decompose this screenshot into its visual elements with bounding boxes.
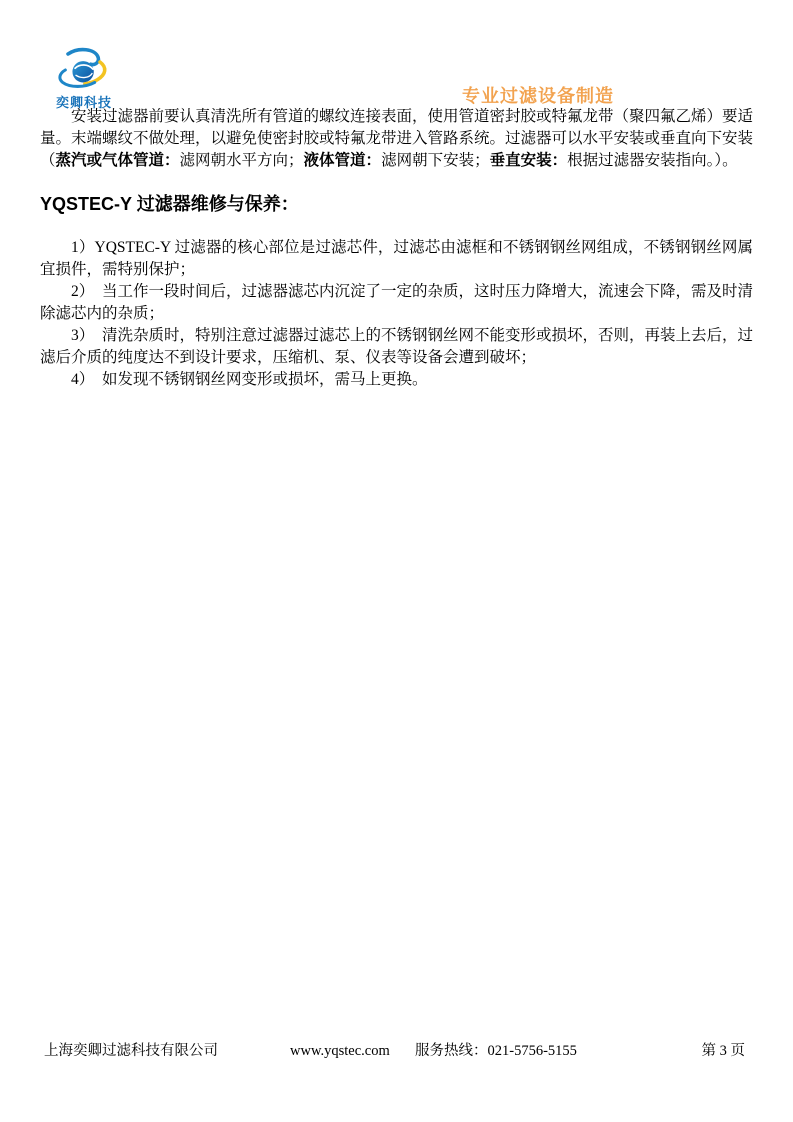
section-title: YQSTEC-Y 过滤器维修与保养： <box>40 192 753 216</box>
maintenance-item-1: 1）YQSTEC-Y 过滤器的核心部位是过滤芯件，过滤芯由滤框和不锈钢钢丝网组成… <box>40 237 753 281</box>
intro-bold-liquid-pipe: 液体管道： <box>304 152 382 169</box>
maintenance-item-4: 4） 如发现不锈钢钢丝网变形或损坏，需马上更换。 <box>40 369 753 391</box>
intro-text-2: 滤网朝水平方向； <box>180 152 304 169</box>
company-logo: 奕卿科技 <box>48 46 120 111</box>
maintenance-item-2: 2） 当工作一段时间后，过滤器滤芯内沉淀了一定的杂质，这时压力降增大，流速会下降… <box>40 281 753 325</box>
footer-website: www.yqstec.com <box>290 1040 390 1062</box>
globe-swirl-logo-icon <box>55 46 113 94</box>
maintenance-item-3: 3） 清洗杂质时，特别注意过滤器过滤芯上的不锈钢钢丝网不能变形或损坏，否则，再装… <box>40 325 753 369</box>
footer-page-number: 第 3 页 <box>702 1040 746 1062</box>
document-page: 奕卿科技 专业过滤设备制造 安装过滤器前要认真清洗所有管道的螺纹连接表面，使用管… <box>0 0 793 1122</box>
intro-paragraph: 安装过滤器前要认真清洗所有管道的螺纹连接表面，使用管道密封胶或特氟龙带（聚四氟乙… <box>40 106 753 172</box>
header-slogan: 专业过滤设备制造 <box>462 82 614 108</box>
footer-service-hotline: 服务热线：021-5756-5155 <box>415 1040 577 1062</box>
intro-text-4: 根据过滤器安装指向。）。 <box>567 152 738 169</box>
page-footer: 上海奕卿过滤科技有限公司 www.yqstec.com 服务热线：021-575… <box>0 1040 793 1062</box>
page-header: 奕卿科技 专业过滤设备制造 <box>48 46 753 108</box>
intro-bold-vertical-install: 垂直安装： <box>490 152 568 169</box>
footer-company-name: 上海奕卿过滤科技有限公司 <box>44 1040 218 1062</box>
intro-text-3: 滤网朝下安装； <box>381 152 490 169</box>
intro-bold-steam-gas-pipe: 蒸汽或气体管道： <box>56 152 180 169</box>
document-body: 安装过滤器前要认真清洗所有管道的螺纹连接表面，使用管道密封胶或特氟龙带（聚四氟乙… <box>40 106 753 391</box>
